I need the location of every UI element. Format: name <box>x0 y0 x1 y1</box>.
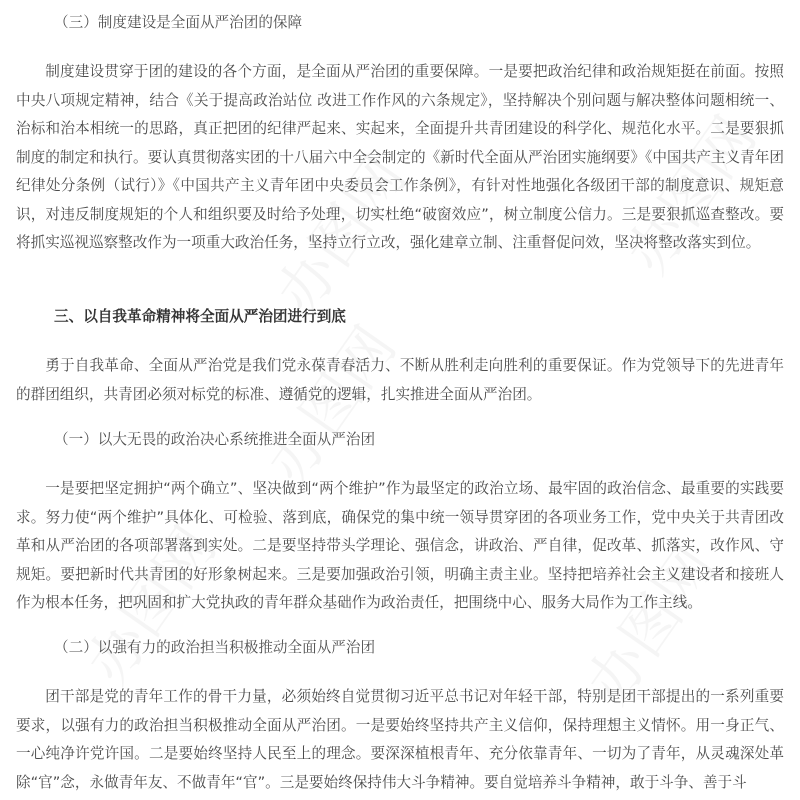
paragraph-text: 勇于自我革命、全面从严治党是我们党永葆青春活力、不断从胜利走向胜利的重要保证。作… <box>16 352 784 409</box>
paragraph-political-responsibility: 团干部是党的青年工作的骨干力量，必须始终自觉贯彻习近平总书记对年轻干部，特别是团… <box>16 683 784 797</box>
sub-heading-political-responsibility: （二）以强有力的政治担当积极推动全面从严治团 <box>54 634 375 662</box>
paragraph-self-revolution: 勇于自我革命、全面从严治党是我们党永葆青春活力、不断从胜利走向胜利的重要保证。作… <box>16 352 784 409</box>
paragraph-text: 制度建设贯穿于团的建设的各个方面，是全面从严治团的重要保障。一是要把政治纪律和政… <box>16 58 784 258</box>
paragraph-institution: 制度建设贯穿于团的建设的各个方面，是全面从严治团的重要保障。一是要把政治纪律和政… <box>16 58 784 258</box>
paragraph-political-resolve: 一是要把坚定拥护“两个确立”、坚决做到“两个维护”作为最坚定的政治立场、最牢固的… <box>16 475 784 618</box>
paragraph-text: 一是要把坚定拥护“两个确立”、坚决做到“两个维护”作为最坚定的政治立场、最牢固的… <box>16 475 784 618</box>
sub-heading-institution: （三）制度建设是全面从严治团的保障 <box>54 9 302 37</box>
section-heading-self-revolution: 三、以自我革命精神将全面从严治团进行到底 <box>54 303 346 331</box>
paragraph-text: 团干部是党的青年工作的骨干力量，必须始终自觉贯彻习近平总书记对年轻干部，特别是团… <box>16 683 784 797</box>
sub-heading-political-resolve: （一）以大无畏的政治决心系统推进全面从严治团 <box>54 426 375 454</box>
